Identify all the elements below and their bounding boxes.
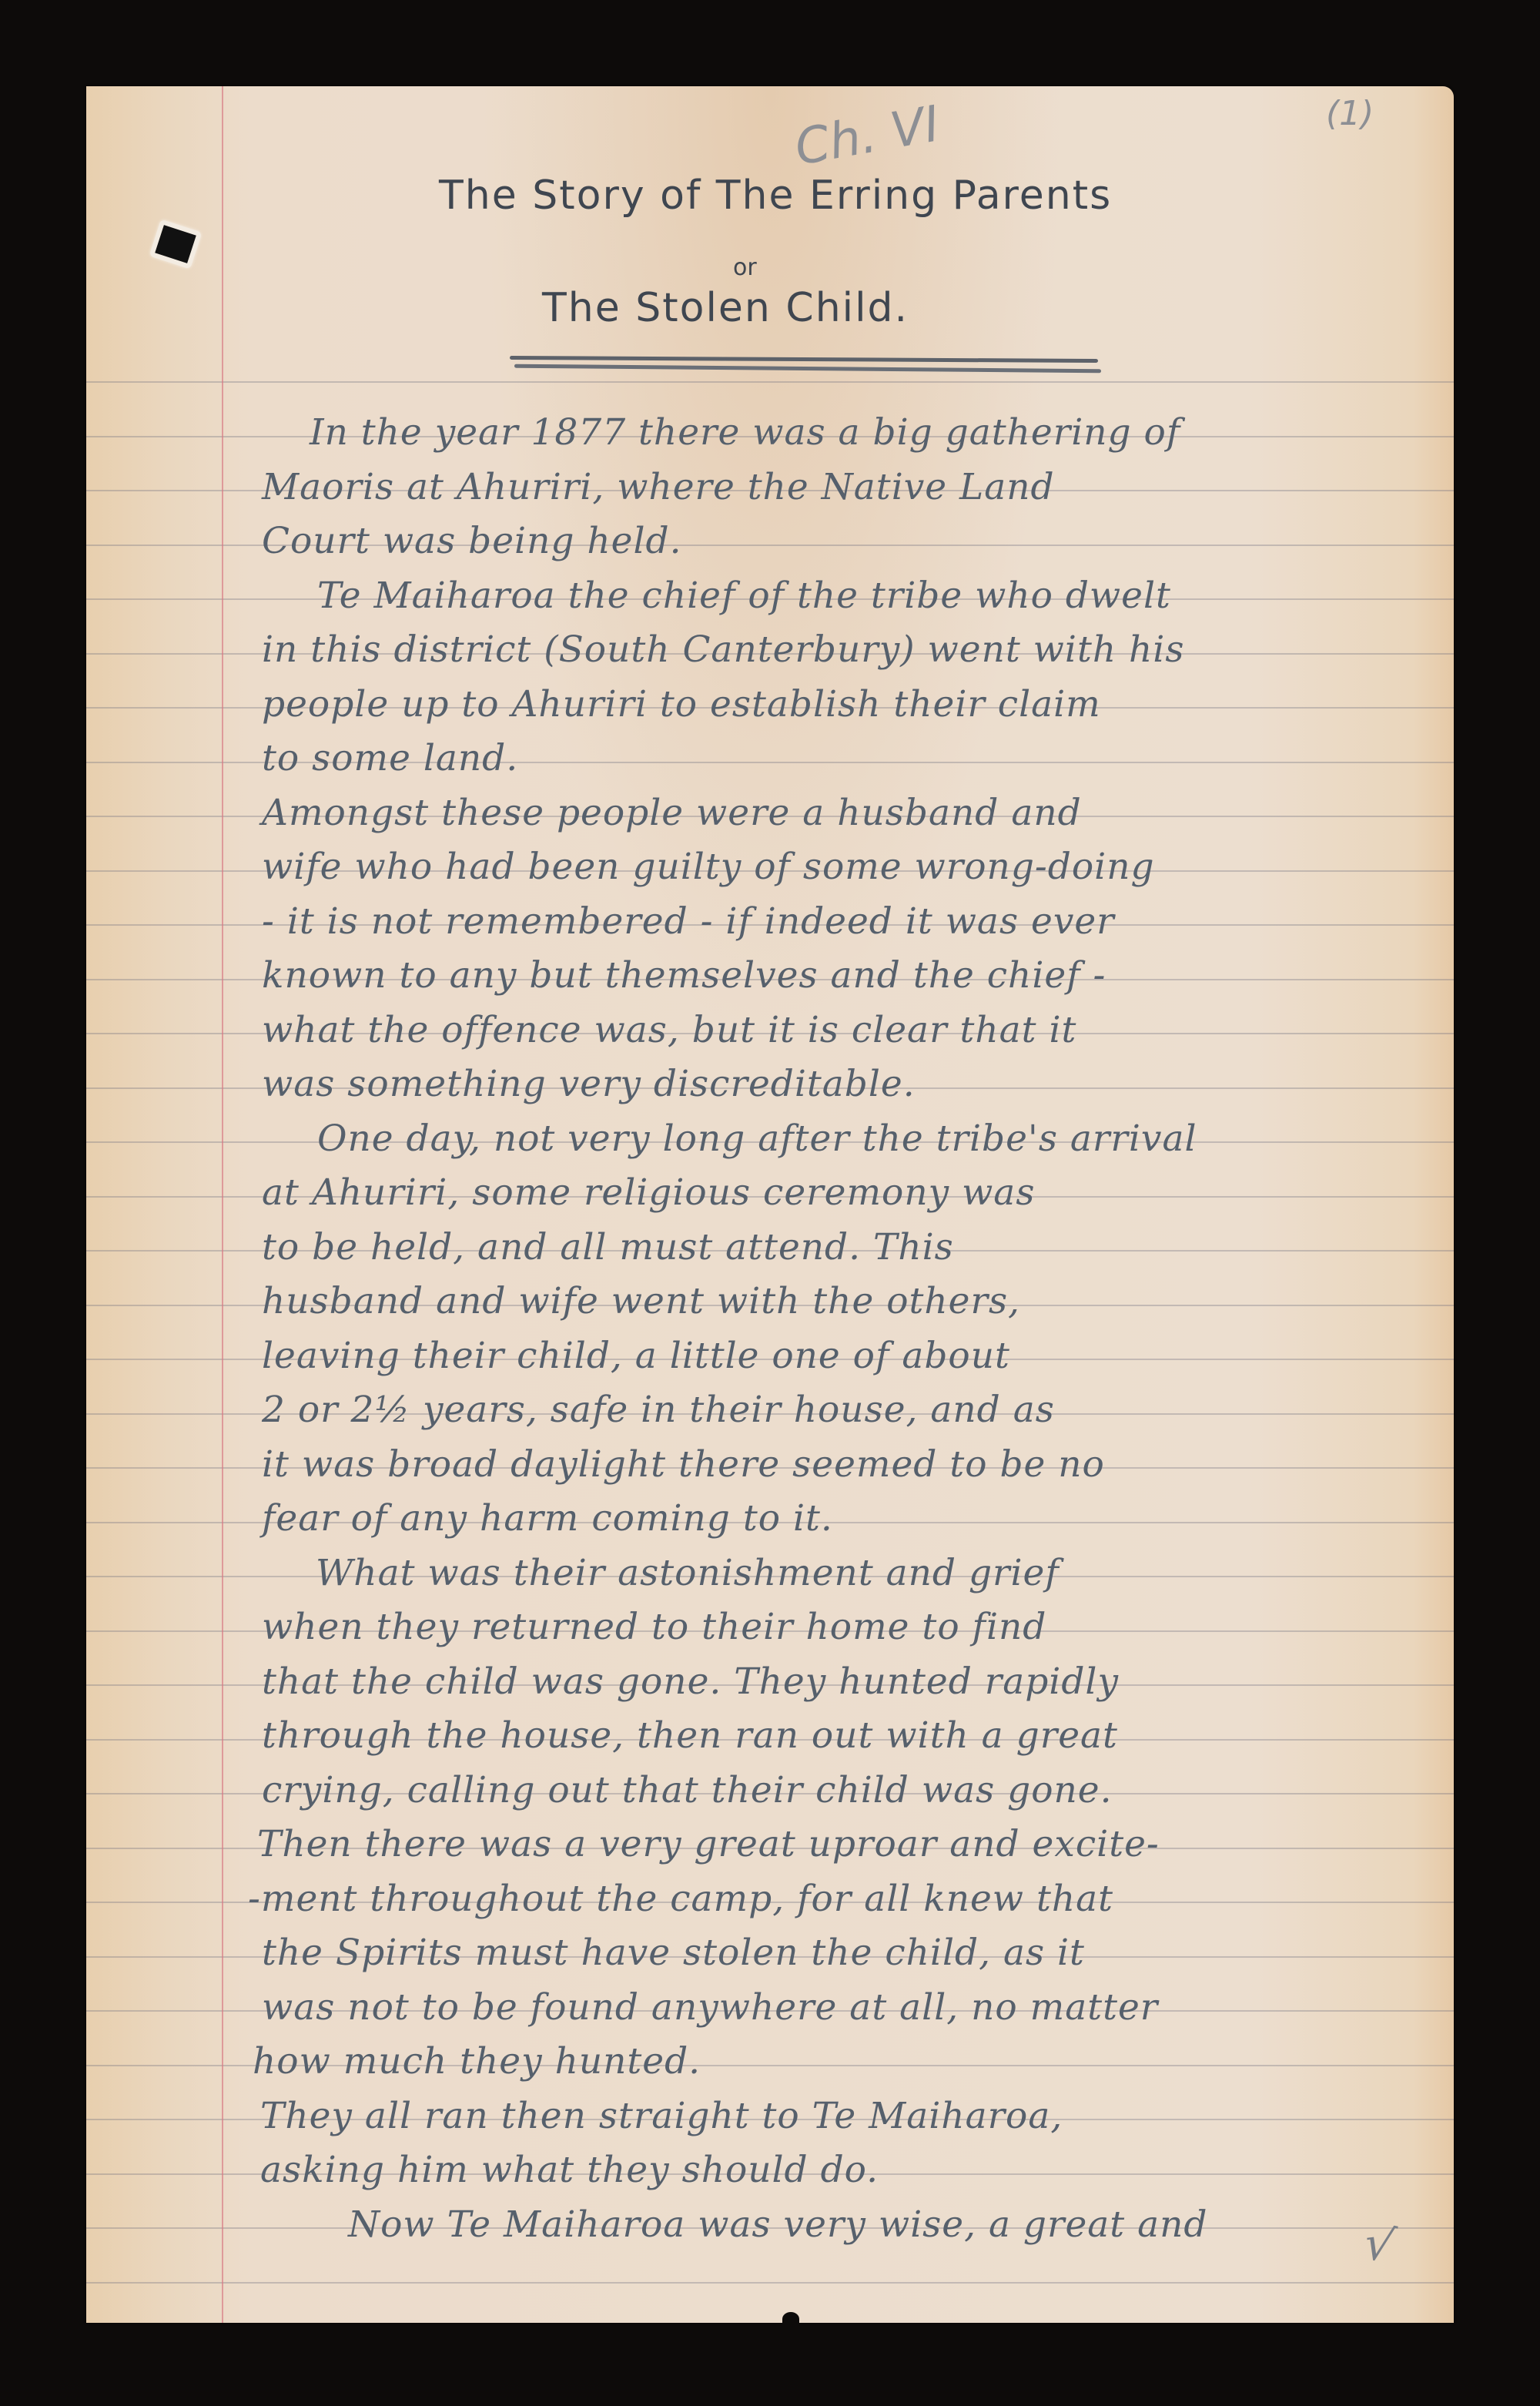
manuscript-line: that the child was gone. They hunted rap… [262, 1659, 1119, 1705]
manuscript-line: crying, calling out that their child was… [262, 1768, 1113, 1814]
manuscript-line: people up to Ahuriri to establish their … [262, 682, 1101, 728]
title-line-1: The Story of The Erring Parents [439, 173, 1112, 219]
manuscript-line: known to any but themselves and the chie… [262, 953, 1106, 999]
manuscript-line: wife who had been guilty of some wrong-d… [262, 844, 1155, 890]
title-underline-bottom [514, 364, 1101, 374]
page-number: (1) [1326, 94, 1374, 133]
manuscript-line: to some land. [262, 736, 518, 782]
rule-line [86, 381, 1454, 383]
manuscript-line: What was their astonishment and grief [316, 1550, 1060, 1597]
manuscript-line: -ment throughout the camp, for all knew … [248, 1876, 1113, 1922]
manuscript-line: when they returned to their home to find [262, 1604, 1046, 1650]
manuscript-line: Te Maiharoa the chief of the tribe who d… [317, 573, 1171, 619]
rule-line [86, 2282, 1454, 2284]
margin-line [222, 86, 223, 2323]
manuscript-page: Ch. VI (1) The Story of The Erring Paren… [86, 86, 1454, 2323]
manuscript-line: at Ahuriri, some religious ceremony was [262, 1170, 1035, 1216]
manuscript-line: Maoris at Ahuriri, where the Native Land [262, 464, 1055, 511]
manuscript-line: In the year 1877 there was a big gatheri… [310, 410, 1180, 456]
page-notch [782, 2312, 799, 2326]
manuscript-line: through the house, then ran out with a g… [262, 1713, 1118, 1759]
manuscript-line: to be held, and all must attend. This [262, 1225, 954, 1271]
manuscript-line: how much they hunted. [253, 2039, 701, 2085]
manuscript-line: fear of any harm coming to it. [262, 1496, 833, 1542]
manuscript-line: was something very discreditable. [262, 1061, 916, 1107]
manuscript-line: it was broad daylight there seemed to be… [262, 1442, 1105, 1488]
manuscript-line: what the offence was, but it is clear th… [262, 1007, 1076, 1054]
manuscript-line: Court was being held. [262, 518, 682, 565]
manuscript-line: the Spirits must have stolen the child, … [262, 1930, 1085, 1976]
title-line-2: The Stolen Child. [542, 285, 909, 331]
manuscript-line: asking him what they should do. [260, 2147, 879, 2193]
manuscript-line: leaving their child, a little one of abo… [262, 1333, 1010, 1379]
check-mark: √ [1359, 2216, 1400, 2275]
manuscript-line: husband and wife went with the others, [262, 1278, 1020, 1325]
manuscript-line: They all ran then straight to Te Maiharo… [260, 2093, 1063, 2140]
manuscript-line: Now Te Maiharoa was very wise, a great a… [348, 2202, 1208, 2248]
manuscript-line: was not to be found anywhere at all, no … [262, 1985, 1158, 2031]
manuscript-line: Then there was a very great uproar and e… [257, 1821, 1160, 1868]
manuscript-line: in this district (South Canterbury) went… [262, 627, 1184, 673]
title-underline-top [510, 356, 1098, 363]
hole-punch [149, 219, 203, 270]
manuscript-line: - it is not remembered - if indeed it wa… [262, 899, 1115, 945]
manuscript-line: One day, not very long after the tribe's… [317, 1116, 1197, 1162]
title-connector: or [733, 254, 757, 281]
chapter-mark: Ch. VI [791, 96, 944, 177]
manuscript-line: Amongst these people were a husband and [262, 790, 1082, 836]
manuscript-line: 2 or 2½ years, safe in their house, and … [262, 1387, 1055, 1433]
